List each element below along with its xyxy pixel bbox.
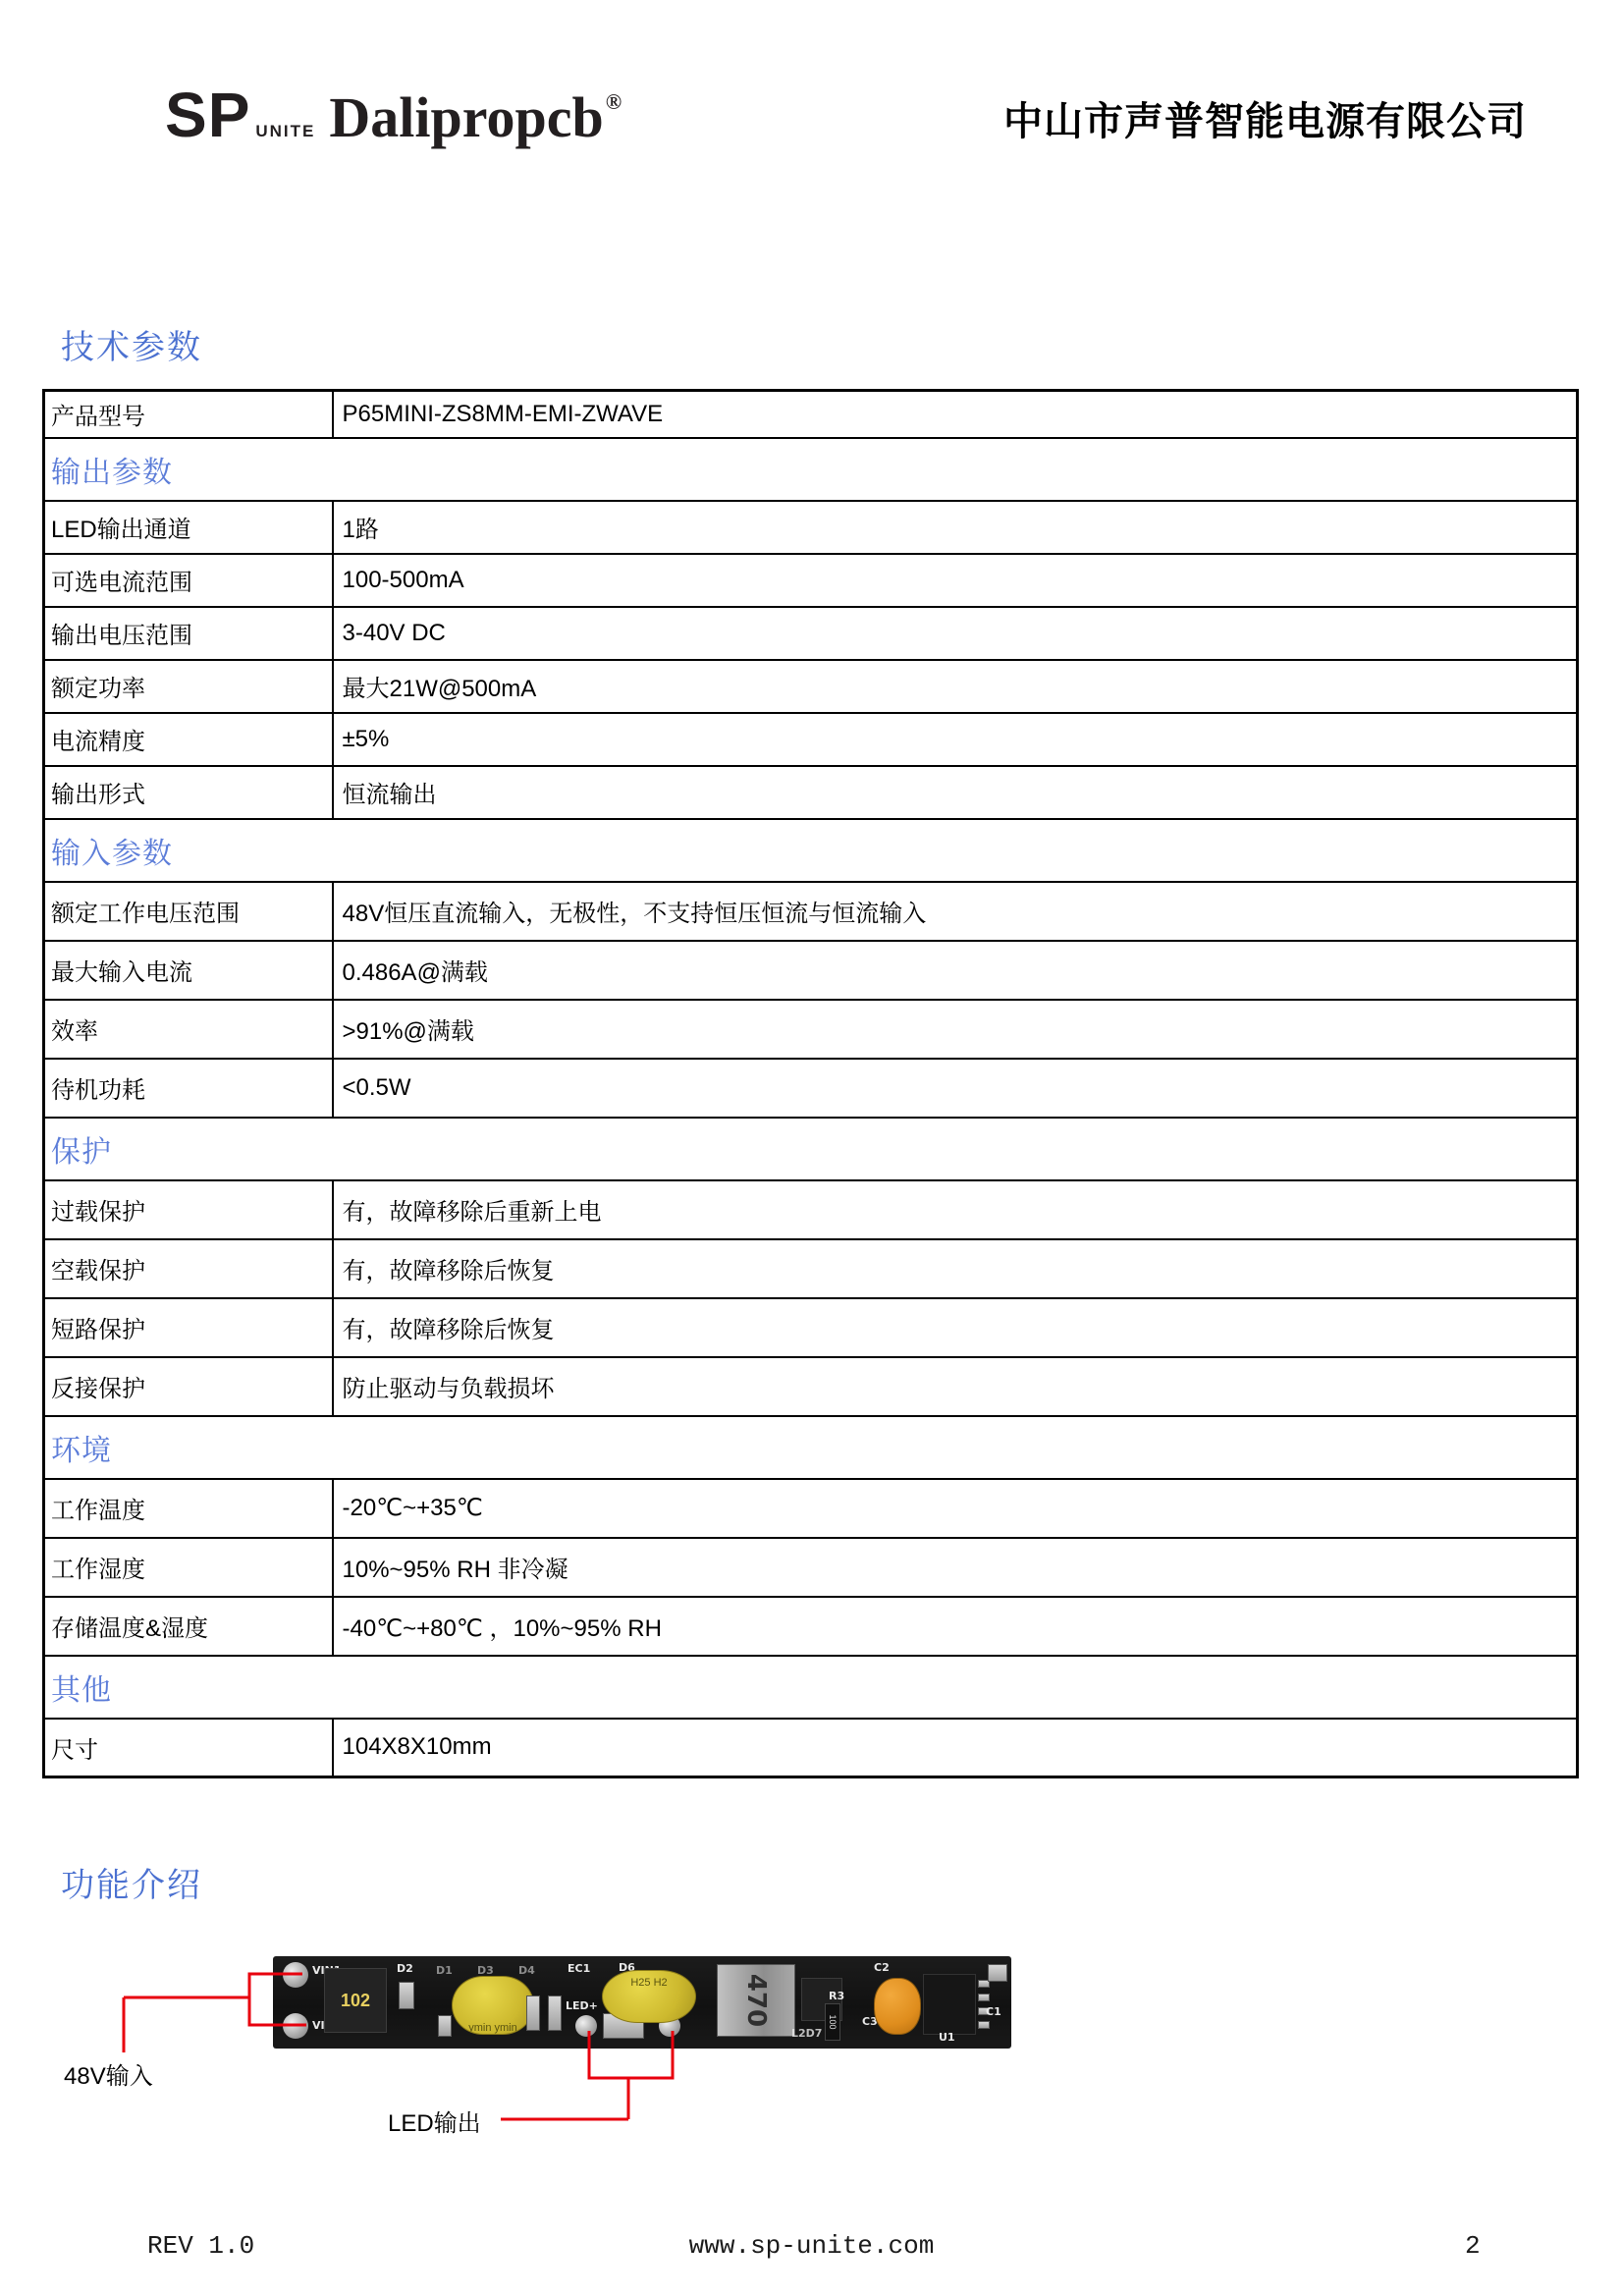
tech-params-heading: 技术参数 — [61, 320, 202, 368]
spec-value: P65MINI-ZS8MM-EMI-ZWAVE — [333, 391, 1578, 438]
spec-label: 电流精度 — [44, 713, 333, 766]
table-row: 电流精度 ±5% — [44, 713, 1578, 766]
annotation-led-output: LED输出 — [388, 2104, 481, 2138]
spec-value: 1路 — [333, 501, 1578, 554]
spec-value: -40℃~+80℃ ，10%~95% RH — [333, 1597, 1578, 1656]
annotation-lines — [59, 1935, 1100, 2180]
spec-label: 存储温度&湿度 — [44, 1597, 333, 1656]
spec-value: 10%~95% RH 非冷凝 — [333, 1538, 1578, 1597]
footer-page-number: 2 — [1465, 2231, 1481, 2261]
spec-value: 104X8X10mm — [333, 1719, 1578, 1777]
spec-table: 产品型号 P65MINI-ZS8MM-EMI-ZWAVE 输出参数 LED输出通… — [42, 389, 1579, 1778]
table-section-row: 环境 — [44, 1416, 1578, 1479]
spec-value: ±5% — [333, 713, 1578, 766]
spec-value: 100-500mA — [333, 554, 1578, 607]
table-section-row: 保护 — [44, 1118, 1578, 1180]
spec-label: 输出电压范围 — [44, 607, 333, 660]
table-row: 可选电流范围 100-500mA — [44, 554, 1578, 607]
spec-section-header: 输出参数 — [44, 438, 1578, 501]
spec-label: 过载保护 — [44, 1180, 333, 1239]
spec-table-body: 产品型号 P65MINI-ZS8MM-EMI-ZWAVE 输出参数 LED输出通… — [44, 391, 1578, 1777]
spec-label: 短路保护 — [44, 1298, 333, 1357]
brand-logo: SP UNITE Dalipropcb ® — [165, 79, 622, 151]
spec-label: 额定工作电压范围 — [44, 882, 333, 941]
table-row: 工作温度 -20℃~+35℃ — [44, 1479, 1578, 1538]
table-row: 输出形式 恒流输出 — [44, 766, 1578, 819]
table-row: 效率 >91%@满载 — [44, 1000, 1578, 1059]
table-row: 存储温度&湿度 -40℃~+80℃ ，10%~95% RH — [44, 1597, 1578, 1656]
spec-section-header: 保护 — [44, 1118, 1578, 1180]
spec-value: 恒流输出 — [333, 766, 1578, 819]
spec-label: 工作湿度 — [44, 1538, 333, 1597]
pcb-figure: VIN1 VIN2 102 D2 D1 D3 D4 EC1 ymin ymin … — [59, 1935, 1100, 2180]
spec-label: 额定功率 — [44, 660, 333, 713]
spec-value: 48V恒压直流输入，无极性，不支持恒压恒流与恒流输入 — [333, 882, 1578, 941]
company-name: 中山市声普智能电源有限公司 — [1003, 90, 1527, 146]
spec-label: 效率 — [44, 1000, 333, 1059]
table-section-row: 其他 — [44, 1656, 1578, 1719]
spec-value: 最大21W@500mA — [333, 660, 1578, 713]
spec-label: 尺寸 — [44, 1719, 333, 1777]
table-row: 短路保护 有，故障移除后恢复 — [44, 1298, 1578, 1357]
registered-trademark-icon: ® — [606, 89, 622, 115]
table-row: 输出电压范围 3-40V DC — [44, 607, 1578, 660]
table-row: 过载保护 有，故障移除后重新上电 — [44, 1180, 1578, 1239]
spec-label: 反接保护 — [44, 1357, 333, 1416]
table-row: 待机功耗 <0.5W — [44, 1059, 1578, 1118]
table-row: 反接保护 防止驱动与负载损坏 — [44, 1357, 1578, 1416]
table-row: 工作湿度 10%~95% RH 非冷凝 — [44, 1538, 1578, 1597]
table-row: 产品型号 P65MINI-ZS8MM-EMI-ZWAVE — [44, 391, 1578, 438]
spec-sheet-page: SP UNITE Dalipropcb ® 中山市声普智能电源有限公司 技术参数… — [0, 0, 1623, 2296]
spec-value: 有，故障移除后恢复 — [333, 1298, 1578, 1357]
spec-section-header: 输入参数 — [44, 819, 1578, 882]
spec-label: 产品型号 — [44, 391, 333, 438]
footer-website: www.sp-unite.com — [0, 2231, 1623, 2261]
spec-value: 有，故障移除后恢复 — [333, 1239, 1578, 1298]
spec-label: 待机功耗 — [44, 1059, 333, 1118]
table-row: 空载保护 有，故障移除后恢复 — [44, 1239, 1578, 1298]
function-intro-heading: 功能介绍 — [61, 1858, 202, 1906]
logo-sp-text: SP — [165, 79, 250, 151]
spec-value: >91%@满载 — [333, 1000, 1578, 1059]
spec-label: 空载保护 — [44, 1239, 333, 1298]
logo-brand-text: Dalipropcb — [329, 84, 603, 150]
spec-value: 3-40V DC — [333, 607, 1578, 660]
spec-label: 工作温度 — [44, 1479, 333, 1538]
spec-value: 有，故障移除后重新上电 — [333, 1180, 1578, 1239]
spec-value: <0.5W — [333, 1059, 1578, 1118]
table-section-row: 输出参数 — [44, 438, 1578, 501]
spec-section-header: 其他 — [44, 1656, 1578, 1719]
table-section-row: 输入参数 — [44, 819, 1578, 882]
spec-value: -20℃~+35℃ — [333, 1479, 1578, 1538]
spec-label: 可选电流范围 — [44, 554, 333, 607]
spec-label: 输出形式 — [44, 766, 333, 819]
spec-value: 0.486A@满载 — [333, 941, 1578, 1000]
spec-section-header: 环境 — [44, 1416, 1578, 1479]
table-row: 尺寸 104X8X10mm — [44, 1719, 1578, 1777]
spec-label: LED输出通道 — [44, 501, 333, 554]
spec-label: 最大输入电流 — [44, 941, 333, 1000]
logo-unite-text: UNITE — [255, 122, 315, 141]
table-row: 最大输入电流 0.486A@满载 — [44, 941, 1578, 1000]
table-row: 额定功率 最大21W@500mA — [44, 660, 1578, 713]
table-row: LED输出通道 1路 — [44, 501, 1578, 554]
table-row: 额定工作电压范围 48V恒压直流输入，无极性，不支持恒压恒流与恒流输入 — [44, 882, 1578, 941]
spec-value: 防止驱动与负载损坏 — [333, 1357, 1578, 1416]
annotation-48v-input: 48V输入 — [64, 2056, 153, 2091]
